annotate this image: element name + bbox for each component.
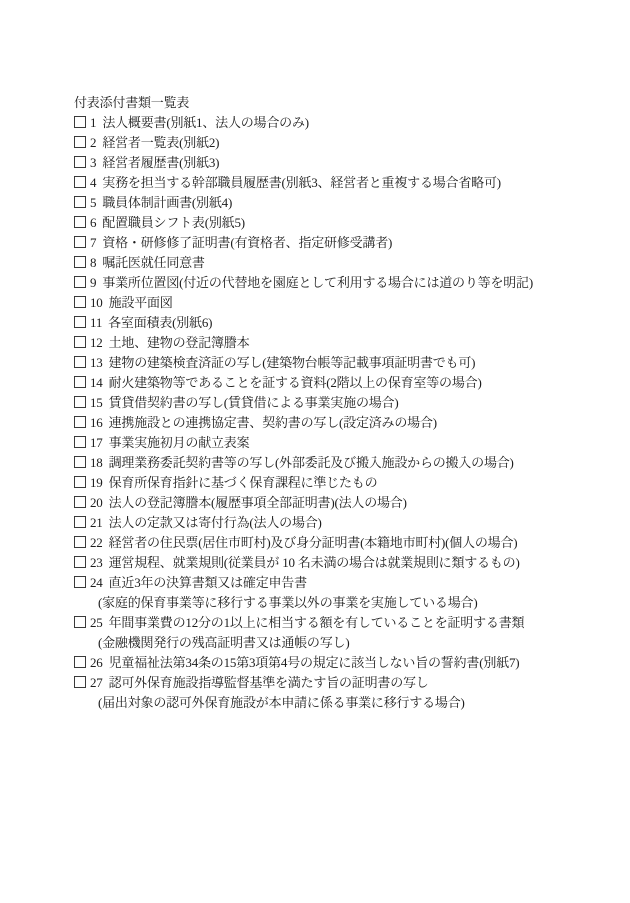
checkbox-icon [74, 476, 86, 488]
item-number: 23 [90, 553, 103, 573]
item-text: 施設平面図 [109, 295, 173, 310]
checkbox-icon [74, 376, 86, 388]
item-number: 3 [90, 153, 96, 173]
checkbox-icon [74, 116, 86, 128]
checkbox-icon [74, 156, 86, 168]
checklist-item: 10施設平面図 [74, 293, 614, 313]
item-text: 運営規程、就業規則(従業員が 10 名未満の場合は就業規則に類するもの) [109, 555, 520, 570]
page-title: 付表添付書類一覧表 [74, 93, 614, 113]
checklist-item: 18調理業務委託契約書等の写し(外部委託及び搬入施設からの搬入の場合) [74, 453, 614, 473]
item-number: 15 [90, 393, 103, 413]
item-text: 法人概要書(別紙1、法人の場合のみ) [102, 115, 309, 130]
item-text: 経営者一覧表(別紙2) [102, 135, 219, 150]
item-number: 2 [90, 133, 96, 153]
item-text: 土地、建物の登記簿謄本 [109, 335, 250, 350]
item-text: 認可外保育施設指導監督基準を満たす旨の証明書の写し [109, 675, 429, 690]
item-number: 11 [90, 313, 102, 333]
item-number: 27 [90, 673, 103, 693]
checkbox-icon [74, 496, 86, 508]
item-number: 25 [90, 613, 103, 633]
item-number: 1 [90, 113, 96, 133]
checklist-item: 3経営者履歴書(別紙3) [74, 153, 614, 173]
checklist-item: 4実務を担当する幹部職員履歴書(別紙3、経営者と重複する場合省略可) [74, 173, 614, 193]
item-text: 耐火建築物等であることを証する資料(2階以上の保育室等の場合) [109, 375, 482, 390]
item-text: 各室面積表(別紙6) [108, 315, 212, 330]
item-text: 調理業務委託契約書等の写し(外部委託及び搬入施設からの搬入の場合) [109, 455, 514, 470]
checkbox-icon [74, 296, 86, 308]
checkbox-icon [74, 216, 86, 228]
checkbox-icon [74, 576, 86, 588]
item-number: 22 [90, 533, 103, 553]
item-number: 6 [90, 213, 96, 233]
item-number: 14 [90, 373, 103, 393]
item-text: 配置職員シフト表(別紙5) [102, 215, 245, 230]
checklist-item: 16連携施設との連携協定書、契約書の写し(設定済みの場合) [74, 413, 614, 433]
checkbox-icon [74, 656, 86, 668]
checkbox-icon [74, 276, 86, 288]
checkbox-icon [74, 236, 86, 248]
checklist-item: 8嘱託医就任同意書 [74, 253, 614, 273]
item-number: 10 [90, 293, 103, 313]
item-note: (届出対象の認可外保育施設が本申請に係る事業に移行する場合) [74, 693, 614, 713]
checklist-item: 14耐火建築物等であることを証する資料(2階以上の保育室等の場合) [74, 373, 614, 393]
checklist-item: 27認可外保育施設指導監督基準を満たす旨の証明書の写し [74, 673, 614, 693]
item-number: 12 [90, 333, 103, 353]
item-text: 法人の定款又は寄付行為(法人の場合) [109, 515, 322, 530]
item-text: 嘱託医就任同意書 [102, 255, 204, 270]
item-number: 7 [90, 233, 96, 253]
item-text: 建物の建築検査済証の写し(建築物台帳等記載事項証明書でも可) [109, 355, 476, 370]
checkbox-icon [74, 456, 86, 468]
item-number: 13 [90, 353, 103, 373]
item-text: 保育所保育指針に基づく保育課程に準じたもの [109, 475, 378, 490]
item-text: 職員体制計画書(別紙4) [102, 195, 232, 210]
item-text: 資格・研修修了証明書(有資格者、指定研修受講者) [102, 235, 392, 250]
item-text: 連携施設との連携協定書、契約書の写し(設定済みの場合) [109, 415, 437, 430]
item-text: 経営者履歴書(別紙3) [102, 155, 219, 170]
checklist-item: 23運営規程、就業規則(従業員が 10 名未満の場合は就業規則に類するもの) [74, 553, 614, 573]
checklist-item: 1法人概要書(別紙1、法人の場合のみ) [74, 113, 614, 133]
item-number: 20 [90, 493, 103, 513]
checklist-item: 19保育所保育指針に基づく保育課程に準じたもの [74, 473, 614, 493]
item-note: (金融機関発行の残高証明書又は通帳の写し) [74, 633, 614, 653]
item-text: 法人の登記簿謄本(履歴事項全部証明書)(法人の場合) [109, 495, 407, 510]
checkbox-icon [74, 176, 86, 188]
checklist-item: 21法人の定款又は寄付行為(法人の場合) [74, 513, 614, 533]
item-note: (家庭的保育事業等に移行する事業以外の事業を実施している場合) [74, 593, 614, 613]
checklist-item: 20法人の登記簿謄本(履歴事項全部証明書)(法人の場合) [74, 493, 614, 513]
item-text: 経営者の住民票(居住市町村)及び身分証明書(本籍地市町村)(個人の場合) [109, 535, 518, 550]
checkbox-icon [74, 136, 86, 148]
checkbox-icon [74, 356, 86, 368]
item-text: 実務を担当する幹部職員履歴書(別紙3、経営者と重複する場合省略可) [102, 175, 501, 190]
item-number: 9 [90, 273, 96, 293]
item-number: 4 [90, 173, 96, 193]
checkbox-icon [74, 196, 86, 208]
item-text: 賃貸借契約書の写し(賃貸借による事業実施の場合) [109, 395, 399, 410]
checklist-item: 11各室面積表(別紙6) [74, 313, 614, 333]
checklist-item: 15賃貸借契約書の写し(賃貸借による事業実施の場合) [74, 393, 614, 413]
checklist-item: 9事業所位置図(付近の代替地を園庭として利用する場合には道のり等を明記) [74, 273, 614, 293]
checklist-item: 22経営者の住民票(居住市町村)及び身分証明書(本籍地市町村)(個人の場合) [74, 533, 614, 553]
item-text: 事業実施初月の献立表案 [109, 435, 250, 450]
checklist-item: 25年間事業費の12分の1以上に相当する額を有していることを証明する書類 [74, 613, 614, 633]
checklist-item: 5職員体制計画書(別紙4) [74, 193, 614, 213]
item-number: 8 [90, 253, 96, 273]
checklist-item: 24直近3年の決算書類又は確定申告書 [74, 573, 614, 593]
item-number: 26 [90, 653, 103, 673]
document-page: 付表添付書類一覧表 1法人概要書(別紙1、法人の場合のみ)2経営者一覧表(別紙2… [74, 93, 614, 713]
checkbox-icon [74, 396, 86, 408]
attachment-checklist: 1法人概要書(別紙1、法人の場合のみ)2経営者一覧表(別紙2)3経営者履歴書(別… [74, 113, 614, 713]
checklist-item: 7資格・研修修了証明書(有資格者、指定研修受講者) [74, 233, 614, 253]
checklist-item: 2経営者一覧表(別紙2) [74, 133, 614, 153]
checklist-item: 17事業実施初月の献立表案 [74, 433, 614, 453]
item-number: 21 [90, 513, 103, 533]
item-text: 直近3年の決算書類又は確定申告書 [109, 575, 307, 590]
checkbox-icon [74, 536, 86, 548]
checklist-item: 12土地、建物の登記簿謄本 [74, 333, 614, 353]
checkbox-icon [74, 616, 86, 628]
item-text: 児童福祉法第34条の15第3項第4号の規定に該当しない旨の誓約書(別紙7) [109, 655, 520, 670]
item-number: 24 [90, 573, 103, 593]
checklist-item: 13建物の建築検査済証の写し(建築物台帳等記載事項証明書でも可) [74, 353, 614, 373]
checklist-item: 26児童福祉法第34条の15第3項第4号の規定に該当しない旨の誓約書(別紙7) [74, 653, 614, 673]
checkbox-icon [74, 336, 86, 348]
checkbox-icon [74, 556, 86, 568]
item-text: 事業所位置図(付近の代替地を園庭として利用する場合には道のり等を明記) [102, 275, 533, 290]
item-number: 5 [90, 193, 96, 213]
checkbox-icon [74, 416, 86, 428]
item-number: 17 [90, 433, 103, 453]
checkbox-icon [74, 676, 86, 688]
item-number: 19 [90, 473, 103, 493]
checkbox-icon [74, 256, 86, 268]
checkbox-icon [74, 436, 86, 448]
checklist-item: 6配置職員シフト表(別紙5) [74, 213, 614, 233]
item-text: 年間事業費の12分の1以上に相当する額を有していることを証明する書類 [109, 615, 525, 630]
checkbox-icon [74, 516, 86, 528]
item-number: 16 [90, 413, 103, 433]
checkbox-icon [74, 316, 86, 328]
item-number: 18 [90, 453, 103, 473]
